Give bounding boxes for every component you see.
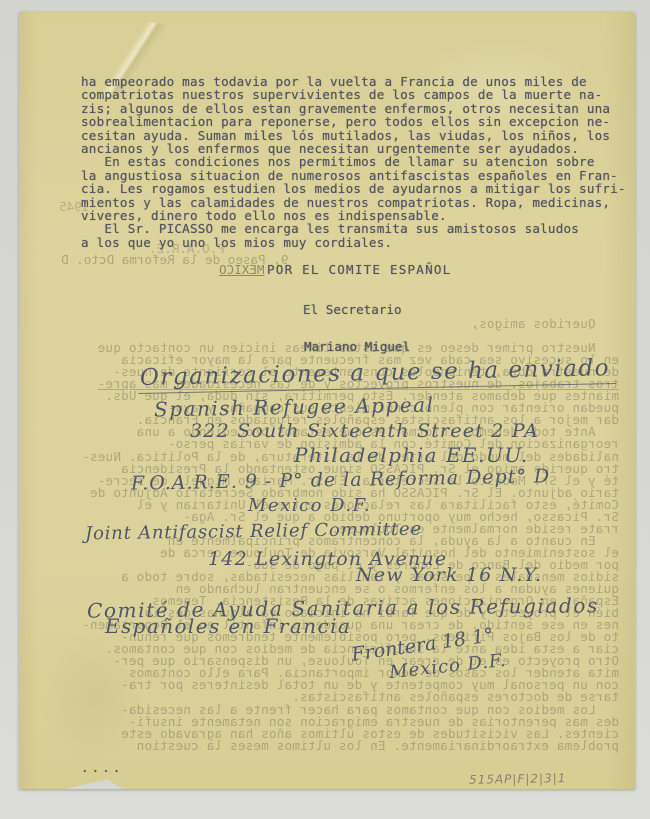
typed-line: zis; algunos de ellos estan gravemente e…: [81, 102, 635, 115]
typed-line: mientos y las calamidades de nuestros co…: [81, 196, 635, 209]
handwritten-entry: 322 South Sixteenth Street 2 PA: [190, 420, 539, 442]
secretary-title: El Secretario: [303, 302, 402, 317]
bleedthrough-line: problema extraordinariamente. En los ult…: [31, 740, 619, 752]
typed-line: a los que yo uno los mios muy cordiales.: [81, 236, 635, 249]
typed-line: El Sr. PICASSO me encarga les transmita …: [81, 222, 635, 235]
typed-line: En estas condiciones nos permitimos de l…: [81, 155, 635, 168]
typed-line: compatriotas nuestros supervivientes de …: [81, 88, 635, 101]
typed-line: cia. Les rogamos estudien los medios de …: [81, 182, 635, 195]
typed-paragraphs: ha empeorado mas todavia por la vuelta a…: [81, 75, 635, 249]
document-page: 1945 F.O.A.R.E. 9, Paseo de la Reforma D…: [19, 12, 635, 789]
typed-line: sobrealimentacion para reponerse, pero t…: [81, 115, 635, 128]
handwritten-entry: Mexico D.F.: [248, 495, 371, 516]
typed-line: viveres, dinero todo ello nos es indispe…: [81, 209, 635, 222]
typed-line: la angustiosa situacion de numerosos ant…: [81, 169, 635, 182]
typed-line: cesitan ayuda. Suman miles lós mutilados…: [81, 129, 635, 142]
handwritten-entry: New York 16 N.Y.: [356, 564, 542, 586]
typed-line: ancianos y los enfermos que necesitan ur…: [81, 142, 635, 155]
committee-line: POR EL COMITE ESPAÑOL: [267, 262, 451, 277]
bleedthrough-mexico: MEXICO: [219, 262, 265, 277]
handwritten-entry: Philadelphia EE.UU.: [294, 443, 529, 467]
typed-line: ha empeorado mas todavia por la vuelta a…: [81, 75, 635, 88]
scan-background: { "typed": { "lines": [ "ha empeorado ma…: [0, 0, 650, 819]
typed-ellipsis: ....: [81, 760, 123, 775]
secretary-name: Mariano Miguel: [304, 339, 410, 354]
handwritten-entry: Spanish Refugee Appeal: [154, 393, 435, 422]
paper-tear: [57, 778, 127, 789]
bleedthrough-line: Queridos amigos,: [31, 318, 619, 330]
handwritten-entry: Españoles en Francia: [105, 614, 351, 638]
archive-reference: 515AP|F|2|3|1: [469, 771, 567, 787]
